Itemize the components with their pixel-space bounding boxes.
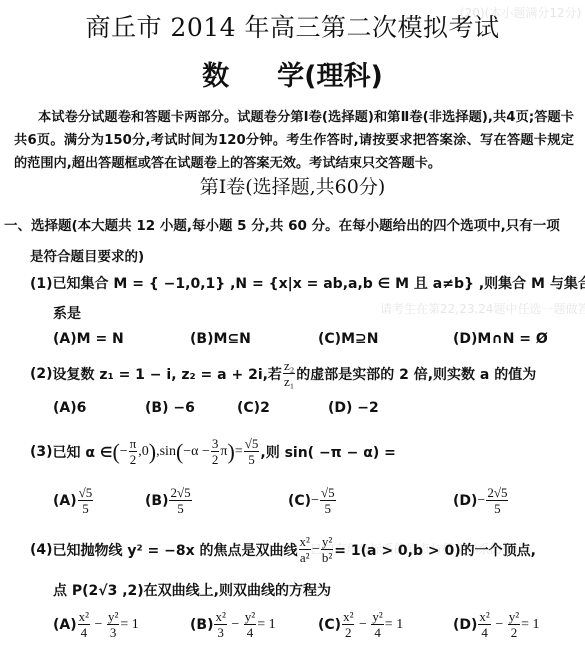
question-number: (4) (30, 542, 53, 558)
denominator: 3 (217, 625, 224, 639)
numerator: z₂ (283, 359, 295, 374)
option-c: (C)2 (237, 400, 270, 416)
sin-label: ,sin (156, 444, 176, 460)
numerator: √5 (78, 486, 94, 501)
numerator: 2√5 (169, 486, 191, 501)
question-4-cont: 点 P(2√3 ,2)在双曲线上,则双曲线的方程为 (53, 580, 331, 600)
minus-sign: − (120, 444, 128, 460)
fraction: π2 (129, 437, 138, 466)
fraction: y²2 (508, 610, 520, 639)
paren-open: ( (176, 439, 183, 465)
numerator: x² (299, 535, 311, 550)
sin-argument: −α − (183, 444, 210, 460)
numerator: x² (342, 610, 354, 625)
numerator: 2√5 (486, 486, 508, 501)
fraction: y²b² (321, 535, 333, 564)
section-heading: 一、选择题(本大题共 12 小题,每小题 5 分,共 60 分。在每小题给出的四… (4, 214, 560, 234)
question-1-cont: 系是 (53, 303, 81, 323)
minus-sign: − (477, 493, 485, 509)
option-a: (A) x²4 − y²3 = 1 (53, 610, 139, 639)
option-d: (D) − 2√55 (453, 486, 509, 515)
fraction: x²4 (478, 610, 490, 639)
fraction: x²a² (299, 535, 311, 564)
denominator: 2 (130, 452, 137, 466)
exam-title: 商丘市 2014 年高三第二次模拟考试 (0, 8, 585, 44)
option-c: (C) x²2 − y²4 = 1 (318, 610, 403, 639)
fraction: √55 (244, 437, 260, 466)
minus-sign: − (311, 493, 319, 509)
question-number: (3) (30, 444, 53, 460)
equals-sign: = (235, 444, 243, 460)
denominator: 5 (325, 501, 332, 515)
option-c: (C)M⊇N (318, 331, 378, 347)
denominator: b² (322, 550, 332, 564)
question-2: (2) 设复数 z₁ = 1 − i, z₂ = a + 2i,若 z₂z₁ 的… (30, 359, 536, 388)
denominator: 3 (110, 625, 117, 639)
option-label: (A) (53, 493, 77, 509)
question-stem-tail: = 1(a > 0,b > 0)的一个顶点, (334, 540, 536, 560)
option-b: (B) −6 (145, 400, 195, 416)
option-label: (D) (453, 617, 477, 633)
numerator: π (129, 437, 138, 452)
question-4: (4) 已知抛物线 y² = −8x 的焦点是双曲线 x²a² − y²b² =… (30, 535, 536, 564)
bleed-through-text: 请考生在第22,23,24题中任选一题做答 (380, 300, 585, 317)
fraction: z₂z₁ (283, 359, 295, 388)
fraction: 32 (211, 437, 220, 466)
question-stem-tail: 的虚部是实部的 2 倍,则实数 a 的值为 (296, 364, 536, 384)
numerator: y² (371, 610, 383, 625)
option-a: (A) √55 (53, 486, 94, 515)
fraction: y²3 (107, 610, 119, 639)
denominator: 5 (82, 501, 89, 515)
question-stem: 已知集合 M = { −1,0,1} ,N = {x|x = ab,a,b ∈ … (53, 276, 585, 292)
numerator: √5 (320, 486, 336, 501)
pi-symbol: π (220, 444, 227, 460)
option-a: (A)M = N (53, 331, 124, 347)
fraction: y²4 (371, 610, 383, 639)
fraction: √55 (78, 486, 94, 515)
denominator: 2 (212, 452, 219, 466)
denominator: 5 (177, 501, 184, 515)
denominator: 4 (247, 625, 254, 639)
question-stem-tail: ,则 sin( −π − α) = (260, 442, 395, 462)
question-number: (1) (30, 276, 53, 292)
option-c: (C) − √55 (288, 486, 337, 515)
fraction: 2√55 (169, 486, 191, 515)
numerator: y² (508, 610, 520, 625)
part-title: 第Ⅰ卷(选择题,共60分) (0, 172, 585, 199)
question-stem: 设复数 z₁ = 1 − i, z₂ = a + 2i,若 (53, 364, 282, 384)
numerator: x² (78, 610, 90, 625)
paren-close: ) (228, 439, 235, 465)
subject-rest: 学(理科) (277, 61, 383, 92)
option-d: (D)M∩N = Ø (453, 331, 548, 347)
denominator: a² (300, 550, 310, 564)
question-stem: 已知 α ∈ (53, 442, 113, 462)
subject-title: 数学(理科) (0, 54, 585, 93)
numerator: x² (214, 610, 226, 625)
fraction: √55 (320, 486, 336, 515)
denominator: 2 (345, 625, 352, 639)
option-label: (A) (53, 617, 77, 633)
option-b: (B)M⊆N (190, 331, 251, 347)
denominator: 4 (481, 625, 488, 639)
question-1: (1)已知集合 M = { −1,0,1} ,N = {x|x = ab,a,b… (30, 273, 585, 293)
question-number: (2) (30, 366, 53, 382)
numerator: x² (478, 610, 490, 625)
option-label: (D) (453, 493, 477, 509)
numerator: 3 (211, 437, 220, 452)
option-label: (C) (288, 493, 311, 509)
equals-one: = 1 (385, 617, 403, 633)
option-d: (D) x²4 − y²2 = 1 (453, 610, 540, 639)
instructions-paragraph: 本试卷分试题卷和答题卡两部分。试题卷分第Ⅰ卷(选择题)和第Ⅱ卷(非选择题),共4… (14, 106, 574, 175)
interval-end: ,0 (138, 444, 149, 460)
fraction: x²4 (78, 610, 90, 639)
denominator: 4 (374, 625, 381, 639)
numerator: y² (107, 610, 119, 625)
minus-sign: − (312, 542, 320, 558)
numerator: √5 (244, 437, 260, 452)
denominator: z₁ (284, 374, 294, 388)
paren-open: ( (112, 439, 119, 465)
paren-close: ) (149, 439, 156, 465)
option-label: (C) (318, 617, 341, 633)
equals-one: = 1 (120, 617, 138, 633)
subject-char: 数 (202, 61, 229, 92)
numerator: y² (244, 610, 256, 625)
denominator: 5 (494, 501, 501, 515)
fraction: x²2 (342, 610, 354, 639)
question-stem: 已知抛物线 y² = −8x 的焦点是双曲线 (53, 540, 298, 560)
equals-one: = 1 (521, 617, 539, 633)
option-d: (D) −2 (328, 400, 379, 416)
option-b: (B) x²3 − y²4 = 1 (190, 610, 276, 639)
denominator: 4 (81, 625, 88, 639)
option-label: (B) (190, 617, 213, 633)
section-heading-cont: 是符合题目要求的) (30, 245, 144, 265)
fraction: 2√55 (486, 486, 508, 515)
question-3: (3) 已知 α ∈ ( − π2 ,0 ) ,sin ( −α − 32 π … (30, 437, 396, 466)
option-b: (B) 2√55 (145, 486, 193, 515)
equals-one: = 1 (257, 617, 275, 633)
denominator: 5 (248, 452, 255, 466)
option-a: (A)6 (53, 400, 86, 416)
numerator: y² (321, 535, 333, 550)
fraction: y²4 (244, 610, 256, 639)
fraction: x²3 (214, 610, 226, 639)
option-label: (B) (145, 493, 168, 509)
denominator: 2 (511, 625, 518, 639)
